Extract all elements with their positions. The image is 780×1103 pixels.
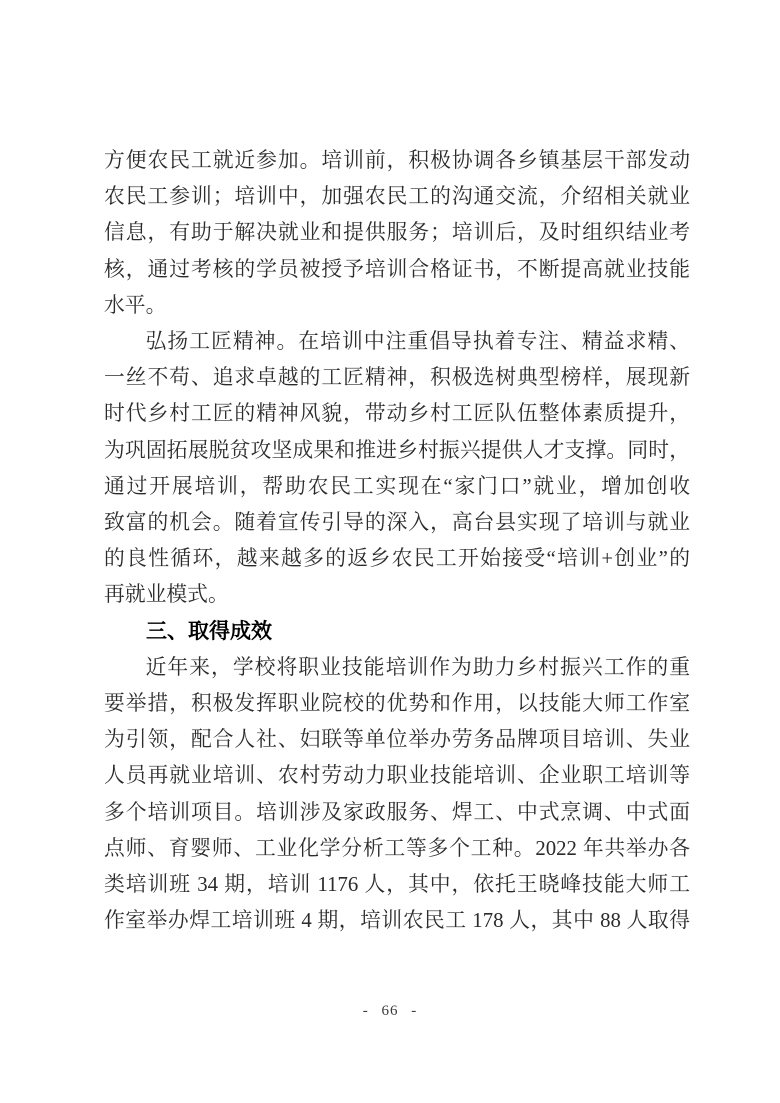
text-line: 要举措，积极发挥职业院校的优势和作用，以技能大师工作室 xyxy=(104,686,690,722)
text-line: 作室举办焊工培训班 4 期，培训农民工 178 人，其中 88 人取得 xyxy=(104,903,690,939)
page-number: - 66 - xyxy=(363,1003,418,1019)
text-line: 核，通过考核的学员被授予培训合格证书，不断提高就业技能 xyxy=(104,252,690,288)
text-line: 类培训班 34 期，培训 1176 人，其中，依托王晓峰技能大师工 xyxy=(104,867,690,903)
document-body: 方便农民工就近参加。培训前，积极协调各乡镇基层干部发动 农民工参训；培训中，加强… xyxy=(104,143,690,939)
text-line: 近年来，学校将职业技能培训作为助力乡村振兴工作的重 xyxy=(104,650,690,686)
text-line: 一丝不苟、追求卓越的工匠精神，积极选树典型榜样，展现新 xyxy=(104,360,690,396)
text-line: 通过开展培训，帮助农民工实现在“家门口”就业，增加创收 xyxy=(104,469,690,505)
page-footer: - 66 - xyxy=(0,1002,780,1020)
section-heading: 三、取得成效 xyxy=(104,614,690,650)
text-line: 水平。 xyxy=(104,288,690,324)
document-page: 方便农民工就近参加。培训前，积极协调各乡镇基层干部发动 农民工参训；培训中，加强… xyxy=(0,0,780,1103)
text-line: 致富的机会。随着宣传引导的深入，高台县实现了培训与就业 xyxy=(104,505,690,541)
text-line: 信息，有助于解决就业和提供服务；培训后，及时组织结业考 xyxy=(104,215,690,251)
text-line: 多个培训项目。培训涉及家政服务、焊工、中式烹调、中式面 xyxy=(104,795,690,831)
text-line: 为引领，配合人社、妇联等单位举办劳务品牌项目培训、失业 xyxy=(104,722,690,758)
text-line: 弘扬工匠精神。在培训中注重倡导执着专注、精益求精、 xyxy=(104,324,690,360)
paragraph-continuation: 方便农民工就近参加。培训前，积极协调各乡镇基层干部发动 农民工参训；培训中，加强… xyxy=(104,143,690,324)
text-line: 为巩固拓展脱贫攻坚成果和推进乡村振兴提供人才支撑。同时， xyxy=(104,433,690,469)
text-line: 方便农民工就近参加。培训前，积极协调各乡镇基层干部发动 xyxy=(104,143,690,179)
text-line: 的良性循环，越来越多的返乡农民工开始接受“培训+创业”的 xyxy=(104,541,690,577)
paragraph-craftsman-spirit: 弘扬工匠精神。在培训中注重倡导执着专注、精益求精、 一丝不苟、追求卓越的工匠精神… xyxy=(104,324,690,614)
text-line: 人员再就业培训、农村劳动力职业技能培训、企业职工培训等 xyxy=(104,758,690,794)
paragraph-achievements: 近年来，学校将职业技能培训作为助力乡村振兴工作的重 要举措，积极发挥职业院校的优… xyxy=(104,650,690,940)
text-line: 农民工参训；培训中，加强农民工的沟通交流，介绍相关就业 xyxy=(104,179,690,215)
text-line: 再就业模式。 xyxy=(104,577,690,613)
text-line: 点师、育婴师、工业化学分析工等多个工种。2022 年共举办各 xyxy=(104,831,690,867)
text-line: 时代乡村工匠的精神风貌，带动乡村工匠队伍整体素质提升， xyxy=(104,396,690,432)
